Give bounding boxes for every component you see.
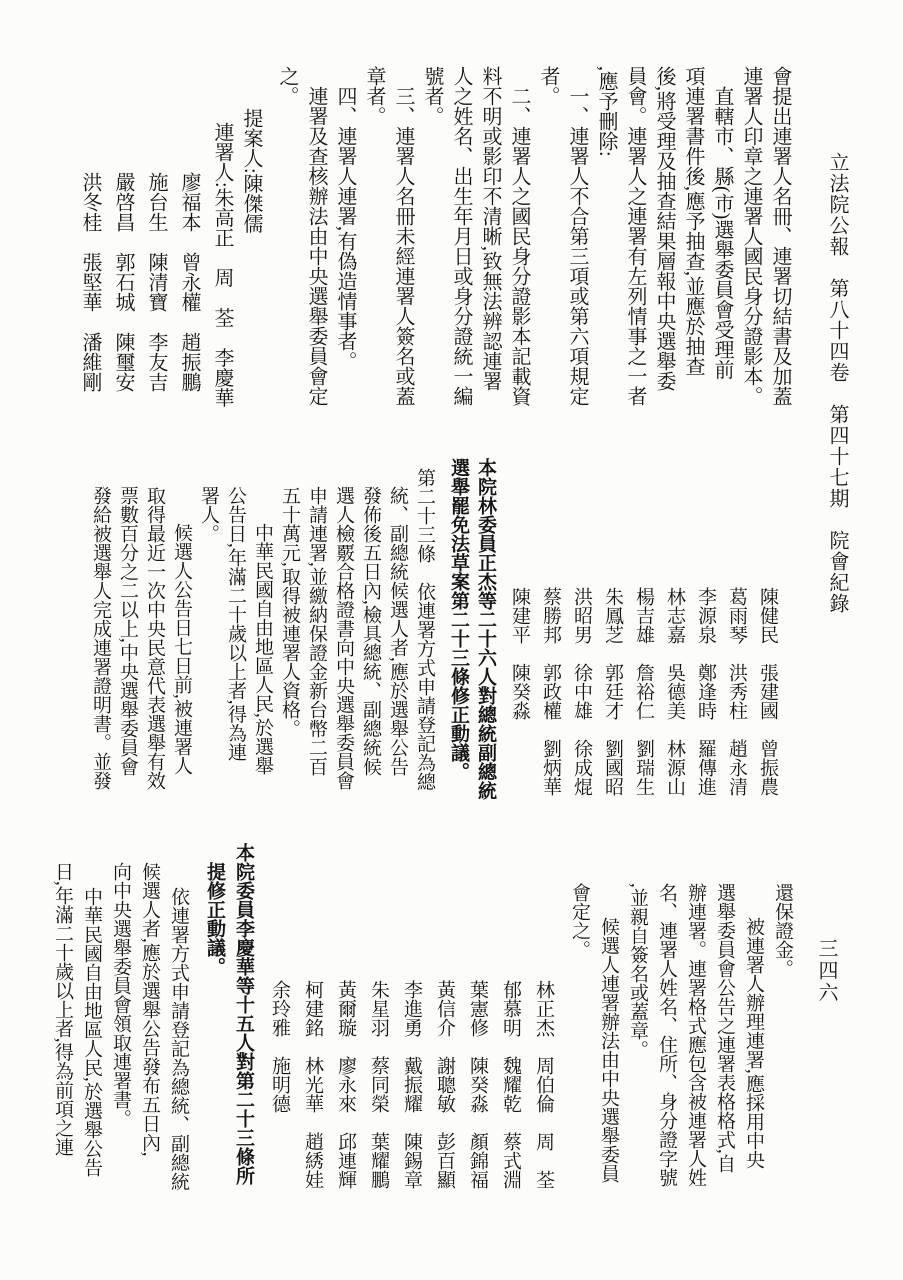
signatory-names-column: 林志嘉 吳德美 林源山 — [661, 458, 688, 808]
signatory-names-column: 余玲雅 施明德 — [265, 843, 294, 1263]
signatory-names-column: 廖福本 曾永權 趙振鵬 — [174, 66, 203, 446]
text-column: 之。 — [272, 66, 301, 446]
motion-heading-column: 選舉罷免法草案第二十三條修正動議。 — [445, 458, 472, 808]
text-column: 章者。 — [359, 66, 388, 446]
signatory-names-column: 楊吉雄 詹裕仁 劉瑞生 — [630, 458, 657, 808]
text-column: 統、副總統候選人者,應於選舉公告 — [384, 458, 411, 808]
text-column: 發佈後五日內,檢具總統、副總統候 — [357, 458, 384, 808]
signatory-names-column: 黃爾璇 廖永來 邱連輝 — [331, 843, 360, 1263]
text-column: 會提出連署人名冊、連署切結書及加蓋 — [765, 66, 794, 446]
text-column: ,應予刪除: — [591, 66, 620, 446]
text-column: 連署人:朱高正 周 荃 李慶華 — [207, 66, 236, 446]
text-column: 公告日,年滿二十歲以上者,得為連 — [222, 458, 249, 808]
signatory-names-column: 陳健民 張建國 曾振農 — [754, 458, 781, 808]
text-column: 後,將受理及抽查結果層報中央選舉委 — [649, 66, 678, 446]
signatory-names-column: 郁慕明 魏耀乾 蔡式淵 — [496, 843, 525, 1263]
register-top: 會提出連署人名冊、連署切結書及加蓋連署人印章之連署人國民身分證影本。直轄市、縣(… — [75, 66, 794, 446]
text-column: 者。 — [533, 66, 562, 446]
signatory-names-column: 施台生 陳清寶 李友吉 — [141, 66, 170, 446]
text-column: 向中央選舉委員會領取連署書。 — [106, 843, 135, 1263]
text-column: 項連署書件後,應予抽查,並應於抽查 — [678, 66, 707, 446]
text-column: 二、連署人之國民身分證影本記載資 — [504, 66, 533, 446]
signatory-names-column: 嚴啓昌 郭石城 陳璽安 — [108, 66, 137, 446]
text-column: 連署人印章之連署人國民身分證影本。 — [736, 66, 765, 446]
text-column: 候選人公告日七日前,被連署人 — [168, 458, 195, 808]
text-column: 選人檢覈合格證書向中央選舉委員會 — [330, 458, 357, 808]
signatory-names-column: 朱鳳芝 郭廷才 劉國昭 — [599, 458, 626, 808]
text-column: 四、連署人連署,有偽造情事者。 — [330, 66, 359, 446]
text-column: 選舉委員會公告之連署表格格式,自 — [710, 843, 739, 1263]
text-column: 被連署人辦理連署,應採用中央 — [739, 843, 768, 1263]
text-column: 票數百分之二以上,中央選舉委員會 — [114, 458, 141, 808]
text-column: 候選人連署辦法由中央選舉委員 — [594, 843, 623, 1263]
signatory-names-column: 蔡勝邦 郭政權 劉炳華 — [537, 458, 564, 808]
text-column: 會定之。 — [565, 843, 594, 1263]
text-column: 申請連署,並繳納保證金新台幣二百 — [303, 458, 330, 808]
signatory-names-column: 柯建銘 林光華 趙綉娃 — [298, 843, 327, 1263]
text-column: 辦連署。連署格式應包含被連署人姓 — [681, 843, 710, 1263]
motion-heading-column: 本院林委員正杰等二十六人對總統副總統 — [472, 458, 499, 808]
page-number: 三四六 — [812, 938, 841, 1004]
signatory-names-column: 陳建平 陳癸淼 — [506, 458, 533, 808]
page-header: 立法院公報 第八十四卷 第四十七期 院會紀錄 — [823, 152, 852, 614]
text-column: 一、連署人不合第三項或第六項規定 — [562, 66, 591, 446]
text-column: 員會。連署人之連署有左列情事之一者 — [620, 66, 649, 446]
motion-heading-column: 本院委員李慶華等十五人對第二十三條所 — [229, 843, 258, 1263]
register-bottom: 還保證金。被連署人辦理連署,應採用中央選舉委員會公告之連署表格格式,自辦連署。連… — [48, 843, 797, 1263]
text-column: 人之姓名、出生年月日或身分證統一編 — [446, 66, 475, 446]
text-column: ,並親自簽名或蓋章。 — [623, 843, 652, 1263]
text-column: 日,年滿二十歲以上者,得為前項之連 — [48, 843, 77, 1263]
signatory-names-column: 李進勇 戴振耀 陳錫章 — [397, 843, 426, 1263]
text-column: 號者。 — [417, 66, 446, 446]
text-column: 還保證金。 — [768, 843, 797, 1263]
text-column: 發給被選舉人完成連署證明書。並發 — [87, 458, 114, 808]
motion-heading-column: 提修正動議。 — [200, 843, 229, 1263]
register-middle: 陳健民 張建國 曾振農葛雨琴 洪秀柱 趙永清李源泉 鄭逢時 羅傳進林志嘉 吳德美… — [87, 458, 785, 808]
signatory-names-column: 葛雨琴 洪秀柱 趙永清 — [723, 458, 750, 808]
text-column: 依連署方式申請登記為總統、副總統 — [164, 843, 193, 1263]
signatory-names-column: 洪昭男 徐中雄 徐成焜 — [568, 458, 595, 808]
signatory-names-column: 葉憲修 陳癸淼 顏錦福 — [463, 843, 492, 1263]
text-column: 署人。 — [195, 458, 222, 808]
text-column: 直轄市、縣(市)選舉委員會受理前 — [707, 66, 736, 446]
signatory-names-column: 朱星羽 蔡同榮 葉耀鵬 — [364, 843, 393, 1263]
text-column: 三、連署人名冊未經連署人簽名或蓋 — [388, 66, 417, 446]
text-column: 名、連署人姓名、住所、身分證字號 — [652, 843, 681, 1263]
text-column: 候選人者,應於選舉公告發布五日內, — [135, 843, 164, 1263]
text-column: 連署及查核辦法由中央選舉委員會定 — [301, 66, 330, 446]
text-column: 料不明或影印不清晰,致無法辨認連署 — [475, 66, 504, 446]
gazette-page: 立法院公報 第八十四卷 第四十七期 院會紀錄 三四六 會提出連署人名冊、連署切結… — [0, 0, 903, 1280]
text-column: 取得最近一次中央民意代表選舉有效 — [141, 458, 168, 808]
signatory-names-column: 黃信介 謝聰敏 彭百顯 — [430, 843, 459, 1263]
text-column: 中華民國自由地區人民,於選舉公告 — [77, 843, 106, 1263]
text-column: 五十萬元,取得被連署人資格。 — [276, 458, 303, 808]
text-column: 中華民國自由地區人民,於選舉 — [249, 458, 276, 808]
text-column: 第二十三條 依連署方式申請登記為總 — [411, 458, 438, 808]
signatory-names-column: 李源泉 鄭逢時 羅傳進 — [692, 458, 719, 808]
signatory-names-column: 洪冬桂 張堅華 潘維剛 — [75, 66, 104, 446]
text-column: 提案人:陳傑儒 — [236, 66, 265, 446]
signatory-names-column: 林正杰 周伯倫 周 荃 — [529, 843, 558, 1263]
